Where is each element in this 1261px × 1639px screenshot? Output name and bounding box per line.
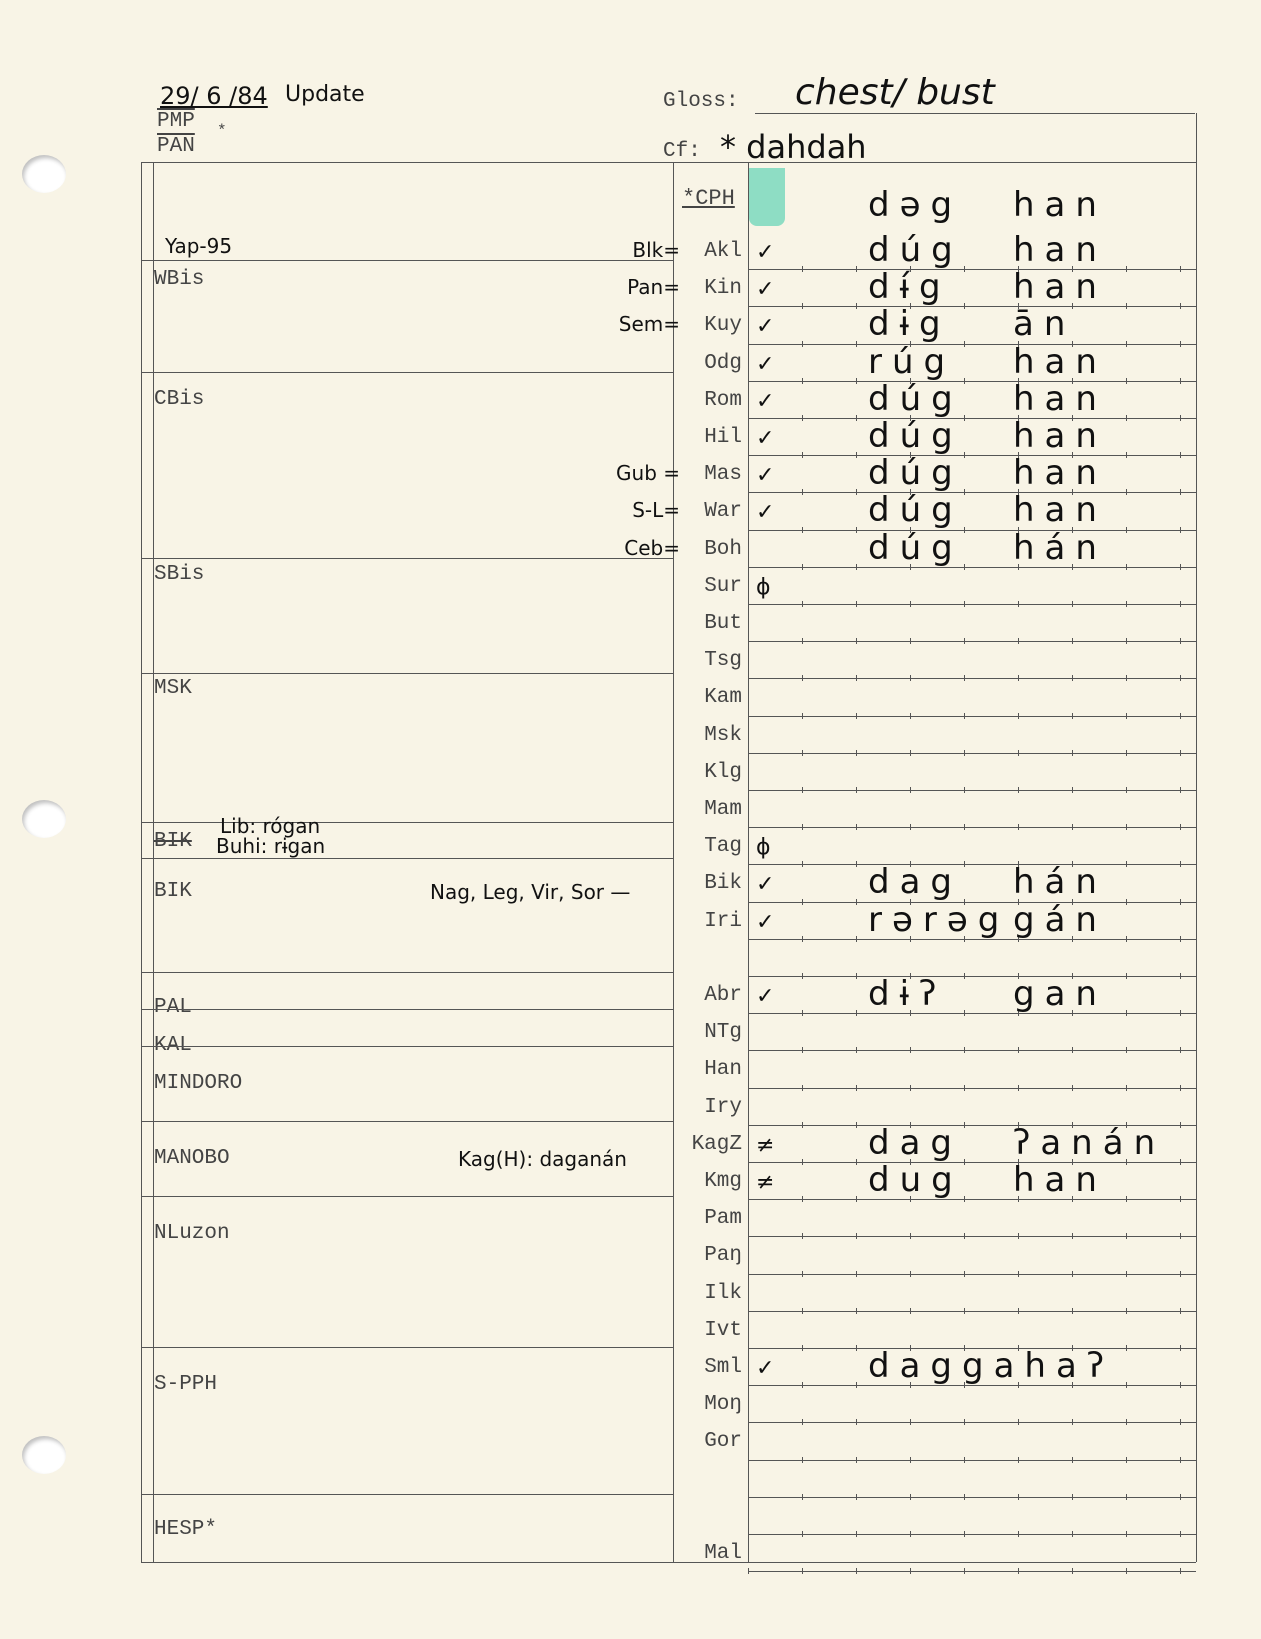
form-b: ān — [1013, 304, 1075, 344]
status-mark: ϕ — [756, 835, 771, 860]
row-ticks — [748, 378, 1196, 384]
form-b: han — [1013, 267, 1107, 307]
form-b: hán — [1013, 862, 1107, 902]
region-note: Kag(H): daganán — [458, 1147, 627, 1171]
region-divider — [141, 858, 673, 859]
binder-hole — [22, 1436, 66, 1474]
language-code: NTg — [660, 1021, 742, 1044]
equivalence-note: Pan= — [600, 275, 680, 299]
region-label: S-PPH — [154, 1373, 217, 1396]
language-code: Msk — [660, 724, 742, 747]
region-label: SBis — [154, 563, 204, 586]
language-code: Tsg — [660, 649, 742, 672]
row-ticks — [748, 1419, 1196, 1425]
binder-hole — [22, 155, 66, 193]
form-b: han — [1013, 230, 1107, 270]
row-ticks — [748, 1010, 1196, 1016]
equivalence-note: Blk= — [600, 238, 680, 262]
form-a: dɨg — [868, 304, 951, 344]
row-ticks — [748, 1531, 1196, 1537]
pan-label: PAN — [157, 135, 195, 158]
form-a: dúg — [868, 379, 963, 419]
language-code: Rom — [660, 389, 742, 412]
row-ticks — [748, 341, 1196, 347]
region-label: MINDORO — [154, 1072, 242, 1095]
language-code: Klg — [660, 761, 742, 784]
status-mark: ✓ — [756, 872, 774, 897]
language-code: Mam — [660, 798, 742, 821]
status-mark: ✓ — [756, 314, 774, 339]
row-ticks — [748, 1568, 1196, 1574]
language-code: Iri — [660, 910, 742, 933]
region-divider — [141, 1494, 673, 1495]
language-code: Moŋ — [660, 1393, 742, 1416]
status-mark: ✓ — [756, 984, 774, 1009]
language-code: Pam — [660, 1207, 742, 1230]
date: 29/ 6 /84 — [160, 82, 268, 110]
cph-form-b: han — [1013, 185, 1107, 225]
language-code: Abr — [660, 984, 742, 1007]
update-label: Update — [285, 82, 365, 107]
region-label: PAL — [154, 996, 192, 1019]
pmp-asterisk: * — [217, 122, 227, 140]
region-divider — [141, 972, 673, 973]
row-ticks — [748, 527, 1196, 533]
region-label: HESP* — [154, 1518, 217, 1541]
cf-label: Cf: — [663, 140, 701, 163]
form-a: dúg — [868, 230, 963, 270]
language-code: But — [660, 612, 742, 635]
region-label: BIK — [154, 830, 192, 853]
status-mark: ✓ — [756, 240, 774, 265]
form-a: dug — [868, 1160, 963, 1200]
form-a: rúg — [868, 342, 955, 382]
language-code: Ivt — [660, 1319, 742, 1342]
region-divider — [141, 558, 673, 559]
status-mark: ≠ — [756, 1170, 774, 1195]
language-code: Kmg — [660, 1170, 742, 1193]
form-b: han — [1013, 342, 1107, 382]
region-divider — [141, 1046, 673, 1047]
row-ticks — [748, 1047, 1196, 1053]
language-code: Bik — [660, 872, 742, 895]
region-divider — [141, 1009, 673, 1010]
form-a: dɨʔ — [868, 974, 946, 1014]
region-label: BIK — [154, 880, 192, 903]
form-a: daggahaʔ — [868, 1346, 1114, 1386]
status-mark: ✓ — [756, 352, 774, 377]
region-divider — [141, 673, 673, 674]
form-a: dúg — [868, 453, 963, 493]
status-mark: ✓ — [756, 500, 774, 525]
status-mark: ✓ — [756, 426, 774, 451]
row-ticks — [748, 1085, 1196, 1091]
region-divider — [141, 260, 673, 261]
row-ticks — [748, 750, 1196, 756]
status-mark: ϕ — [756, 575, 771, 600]
row-ticks — [748, 266, 1196, 272]
language-code: Sml — [660, 1356, 742, 1379]
row-ticks — [748, 1457, 1196, 1463]
status-mark: ✓ — [756, 389, 774, 414]
row-ticks — [748, 824, 1196, 830]
binder-hole — [22, 800, 66, 838]
row-ticks — [748, 973, 1196, 979]
status-mark: ✓ — [756, 463, 774, 488]
region-divider — [141, 372, 673, 373]
language-code: Iry — [660, 1096, 742, 1119]
frame-right — [1196, 113, 1197, 1562]
gloss-underline — [755, 113, 1195, 114]
row-ticks — [748, 452, 1196, 458]
language-code: Hil — [660, 426, 742, 449]
form-a: dúg — [868, 416, 963, 456]
form-a: dúg — [868, 490, 963, 530]
region-label: CBis — [154, 388, 204, 411]
form-b: gán — [1013, 900, 1107, 940]
row-ticks — [748, 564, 1196, 570]
language-code: Ilk — [660, 1282, 742, 1305]
form-a: dag — [868, 862, 962, 902]
row-ticks — [748, 713, 1196, 719]
row-ticks — [748, 489, 1196, 495]
form-b: han — [1013, 379, 1107, 419]
region-divider — [141, 1196, 673, 1197]
language-code: Tag — [660, 835, 742, 858]
row-ticks — [748, 638, 1196, 644]
row-ticks — [748, 861, 1196, 867]
form-b: ʔanán — [1013, 1123, 1165, 1163]
region-label: NLuzon — [154, 1222, 230, 1245]
row-ticks — [748, 415, 1196, 421]
form-a: dúg — [868, 528, 963, 568]
form-a: dɨ́g — [868, 267, 951, 307]
top-rule — [141, 162, 1196, 163]
form-a: rərəg — [868, 900, 1009, 940]
form-a: dag — [868, 1123, 962, 1163]
region-divider — [141, 1347, 673, 1348]
equivalence-note: Sem= — [600, 312, 680, 336]
status-mark: ≠ — [756, 1133, 774, 1158]
form-b: han — [1013, 453, 1107, 493]
row-ticks — [748, 787, 1196, 793]
language-code: KagZ — [660, 1133, 742, 1156]
cph-form-a: dəg — [868, 185, 962, 225]
form-b: han — [1013, 490, 1107, 530]
language-code: Mal — [660, 1542, 742, 1565]
row-ticks — [748, 601, 1196, 607]
row-ticks — [748, 1494, 1196, 1500]
form-b: han — [1013, 416, 1107, 456]
region-divider — [141, 1121, 673, 1122]
language-code: Sur — [660, 575, 742, 598]
pmp-label: PMP — [157, 110, 195, 133]
region-note: Yap-95 — [165, 234, 232, 258]
row-ticks — [748, 1271, 1196, 1277]
region-note: Buhi: rɨgan — [216, 834, 325, 858]
highlight-mark — [749, 168, 785, 226]
row-ticks — [748, 1196, 1196, 1202]
region-label: MSK — [154, 677, 192, 700]
equivalence-note: Ceb= — [600, 536, 680, 560]
language-code: Gor — [660, 1430, 742, 1453]
language-code: Han — [660, 1058, 742, 1081]
region-label: MANOBO — [154, 1147, 230, 1170]
cf-value: * dahdah — [720, 128, 867, 166]
gloss-value: chest/ bust — [795, 72, 995, 113]
cph-label: *CPH — [682, 186, 735, 211]
region-label: WBis — [154, 268, 204, 291]
equivalence-note: S-L= — [600, 498, 680, 522]
form-b: hán — [1013, 528, 1107, 568]
status-mark: ✓ — [756, 1356, 774, 1381]
language-code: Kam — [660, 686, 742, 709]
row-ticks — [748, 303, 1196, 309]
gloss-label: Gloss: — [663, 90, 739, 113]
equivalence-note: Gub = — [600, 461, 680, 485]
row-ticks — [748, 1308, 1196, 1314]
status-mark: ✓ — [756, 910, 774, 935]
row-ticks — [748, 675, 1196, 681]
language-code: Paŋ — [660, 1244, 742, 1267]
form-b: gan — [1013, 974, 1107, 1014]
row-ticks — [748, 1233, 1196, 1239]
form-b: han — [1013, 1160, 1107, 1200]
region-note: Nag, Leg, Vir, Sor — — [430, 880, 630, 904]
status-mark: ✓ — [756, 277, 774, 302]
